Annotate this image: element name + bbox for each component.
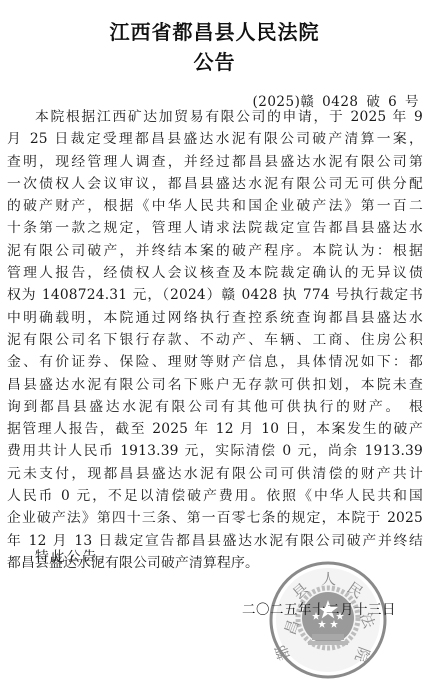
body-line: 泥有限公司名下银行存款、不动产、车辆、工商、住房公积 <box>7 329 423 351</box>
court-seal: 昌 县 人 民 法 院 都 <box>268 560 388 680</box>
body-line: 询到都昌县盛达水泥有限公司有其他可供执行的财产。 根 <box>7 396 423 418</box>
body-line: 月 25 日裁定受理都昌县盛达水泥有限公司破产清算一案， <box>7 128 423 150</box>
body-line: 据管理人报告，截至 2025 年 12 月 10 日，本案发生的破产 <box>7 418 423 440</box>
body-line: 中明确载明，本院通过网络执行查控系统查询都昌县盛达水 <box>7 307 423 329</box>
body-line: 十条第一款之规定，管理人请求法院裁定宣告都昌县盛达水 <box>7 217 423 239</box>
body-line: 泥有限公司破产，并终结本案的破产程序。本院认为：根据 <box>7 240 423 262</box>
closing-text: 特此公告。 <box>35 545 114 565</box>
body-line: 一次债权人会议审议，都昌县盛达水泥有限公司无可供分配 <box>7 173 423 195</box>
body-line: 费用共计人民币 1913.39 元，实际清偿 0 元，尚余 1913.39 <box>7 440 423 462</box>
body-line: 金、有价证券、保险、理财等财产信息，具体情况如下：都 <box>7 351 423 373</box>
body-line: 查明，现经管理人调查，并经过都昌县盛达水泥有限公司第 <box>7 151 423 173</box>
body-line: 企业破产法》第四十三条、第一百零七条的规定，本院于 2025 <box>7 507 423 529</box>
notice-title: 公告 <box>0 46 429 75</box>
notice-body: 本院根据江西矿达加贸易有限公司的申请，于 2025 年 9 月 25 日裁定受理… <box>7 106 423 574</box>
body-line: 的破产财产，根据《中华人民共和国企业破产法》第一百二 <box>7 195 423 217</box>
body-line: 人民币 0 元，不足以清偿破产费用。依照《中华人民共和国 <box>7 485 423 507</box>
body-line: 昌县盛达水泥有限公司名下账户无存款可供扣划，本院未查 <box>7 374 423 396</box>
body-line: 元未支付，现都昌县盛达水泥有限公司可供清偿的财产共计 <box>7 463 423 485</box>
svg-text:人: 人 <box>321 570 336 588</box>
body-line: 权为 1408724.31 元，（2024）赣 0428 执 774 号执行裁定… <box>7 284 423 306</box>
national-emblem-seal-icon: 昌 县 人 民 法 院 都 <box>268 560 388 680</box>
court-name-title: 江西省都昌县人民法院 <box>0 16 429 45</box>
body-line: 管理人报告，经债权人会议核查及本院裁定确认的无异议债 <box>7 262 423 284</box>
body-line: 本院根据江西矿达加贸易有限公司的申请，于 2025 年 9 <box>7 106 423 128</box>
issue-date: 二〇二五年十二月十三日 <box>242 598 396 618</box>
